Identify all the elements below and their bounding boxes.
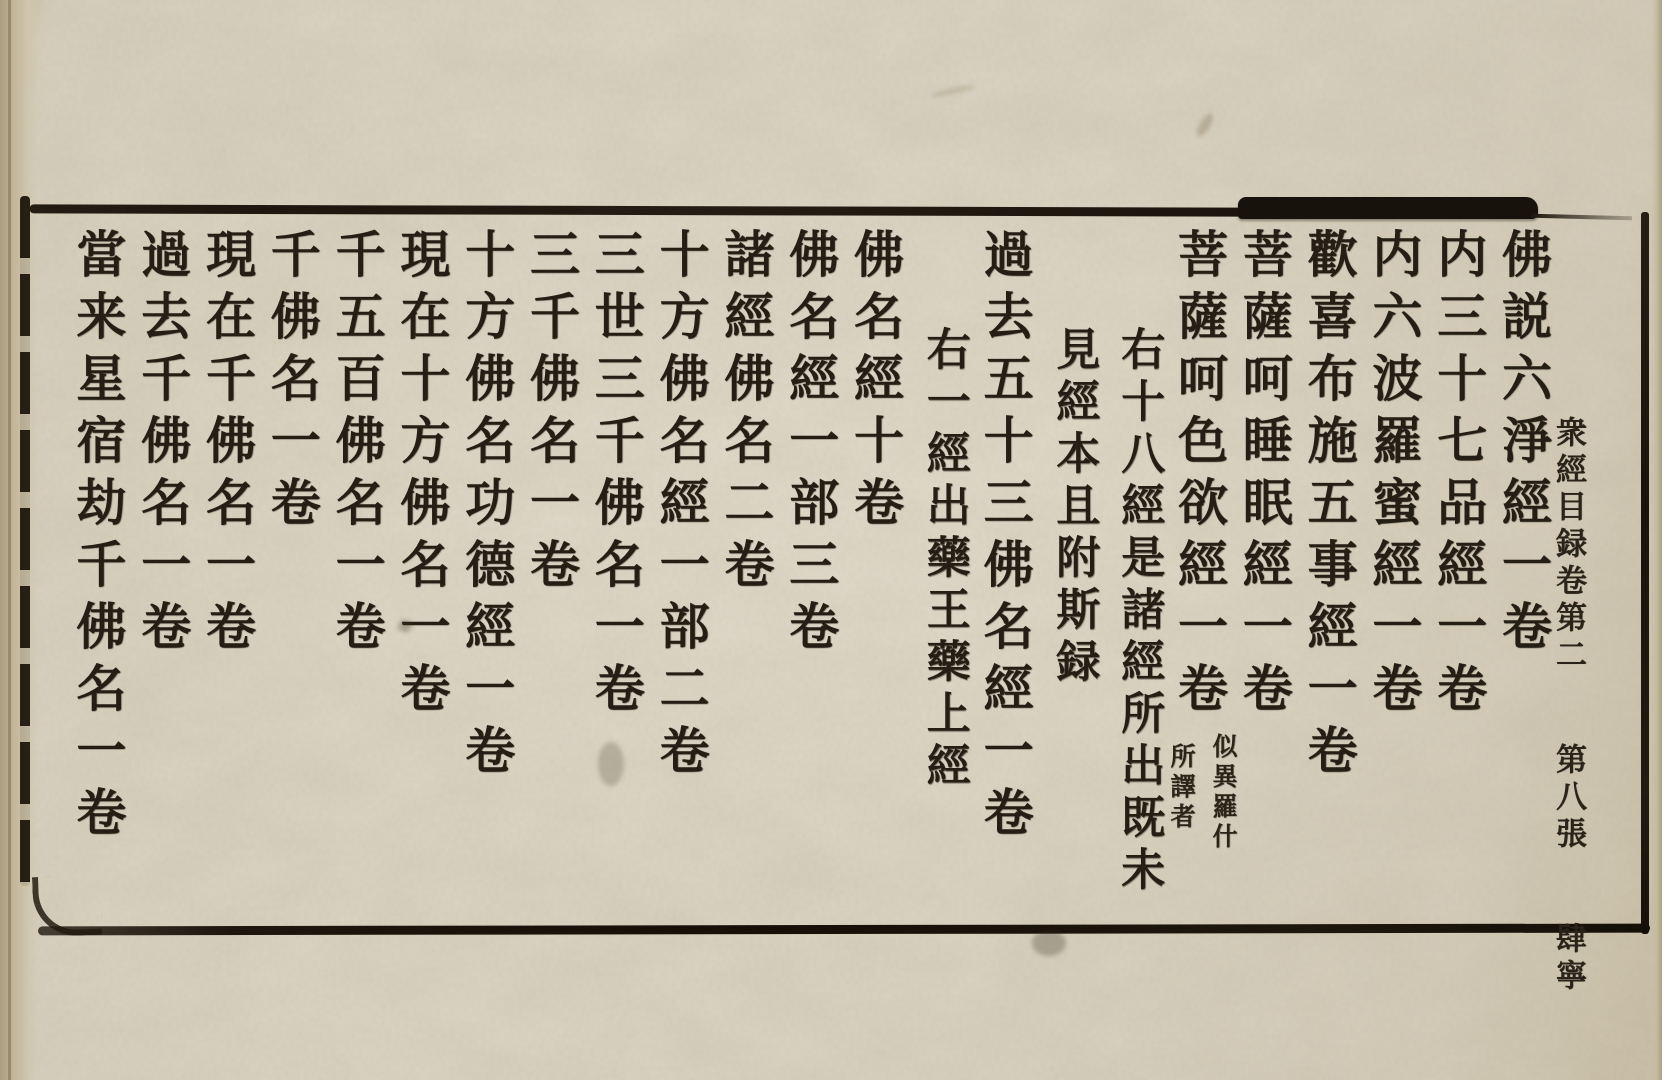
column-text: 内六波羅蜜經一卷 xyxy=(1364,228,1423,724)
catalog-entry-column: 當来星宿劫千佛名一卷 xyxy=(71,228,133,848)
catalog-entry-column: 菩薩呵色欲經一卷似異羅什所譯者 xyxy=(1173,228,1235,724)
interlinear-note-column: 似異羅什 xyxy=(1205,733,1241,853)
column-text: 當来星宿劫千佛名一卷 xyxy=(68,228,127,848)
catalog-entry-column: 過去五十三佛名經一卷 xyxy=(979,228,1041,848)
manuscript-page: 佛説六淨經一卷内三十七品經一卷内六波羅蜜經一卷歡喜布施五事經一卷菩薩呵睡眠經一卷… xyxy=(0,0,1662,1080)
catalog-entry-column: 佛名經十卷 xyxy=(849,228,911,538)
catalog-entry-column: 内六波羅蜜經一卷 xyxy=(1367,228,1429,724)
catalog-entry-column: 三千佛名一卷 xyxy=(525,228,587,600)
column-text: 歡喜布施五事經一卷 xyxy=(1300,228,1359,786)
sheet-number-label: 第八張 xyxy=(1550,743,1586,854)
column-text: 過去千佛名一卷 xyxy=(133,228,192,662)
column-text: 右十八經是諸經所出既未 xyxy=(1113,326,1164,898)
column-text: 過去五十三佛名經一卷 xyxy=(976,228,1035,848)
column-text: 佛名經一部三卷 xyxy=(781,228,840,662)
column-text: 千佛名一卷 xyxy=(263,228,322,538)
volume-sheet-label: 衆經目録卷第二 第八張 肆寧 xyxy=(1545,416,1591,996)
catalog-entry-column: 十方佛名經一部二卷 xyxy=(655,228,717,786)
column-text: 見經本且附斯録 xyxy=(1048,326,1099,690)
column-text: 菩薩呵睡眠經一卷 xyxy=(1235,228,1294,724)
column-text: 三千佛名一卷 xyxy=(522,228,581,600)
catalog-entry-column: 佛名經一部三卷 xyxy=(784,228,846,662)
column-text: 諸經佛名二卷 xyxy=(716,228,775,600)
catalog-entry-column: 現在千佛名一卷 xyxy=(201,228,263,662)
column-text: 右一經出藥王藥上經 xyxy=(919,326,970,794)
catalog-entry-column: 菩薩呵睡眠經一卷 xyxy=(1238,228,1300,724)
text-columns: 佛説六淨經一卷内三十七品經一卷内六波羅蜜經一卷歡喜布施五事經一卷菩薩呵睡眠經一卷… xyxy=(0,0,1662,1080)
column-text: 十方佛名功德經一卷 xyxy=(457,228,516,786)
interlinear-note: 似異羅什所譯者 xyxy=(1171,733,1241,853)
ink-ghost-smudge xyxy=(598,742,624,786)
column-text: 佛名經十卷 xyxy=(846,228,905,538)
catalog-entry-column: 過去千佛名一卷 xyxy=(136,228,198,662)
case-mark-label: 肆寧 xyxy=(1550,922,1586,996)
catalog-entry-column: 千佛名一卷 xyxy=(266,228,328,538)
column-text: 現在千佛名一卷 xyxy=(198,228,257,662)
annotation-column: 見經本且附斯録 xyxy=(1043,326,1105,690)
catalog-entry-column: 内三十七品經一卷 xyxy=(1432,228,1494,724)
ink-ghost-smudge xyxy=(1032,930,1066,956)
column-text: 十方佛名經一部二卷 xyxy=(652,228,711,786)
column-text: 菩薩呵色欲經一卷 xyxy=(1170,228,1229,724)
column-text: 現在十方佛名一卷 xyxy=(392,228,451,724)
ink-speck xyxy=(398,620,412,632)
catalog-entry-column: 十方佛名功德經一卷 xyxy=(460,228,522,786)
annotation-column: 右十八經是諸經所出既未 xyxy=(1108,326,1170,898)
catalog-entry-column: 三世三千佛名一卷 xyxy=(590,228,652,724)
catalog-entry-column: 現在十方佛名一卷 xyxy=(395,228,457,724)
catalog-title-label: 衆經目録卷第二 xyxy=(1550,416,1586,675)
column-text: 内三十七品經一卷 xyxy=(1429,228,1488,724)
column-text: 三世三千佛名一卷 xyxy=(587,228,646,724)
annotation-column: 右一經出藥王藥上經 xyxy=(914,326,976,794)
catalog-entry-column: 諸經佛名二卷 xyxy=(719,228,781,600)
catalog-entry-column: 千五百佛名一卷 xyxy=(331,228,393,662)
column-text: 千五百佛名一卷 xyxy=(328,228,387,662)
catalog-entry-column: 歡喜布施五事經一卷 xyxy=(1303,228,1365,786)
